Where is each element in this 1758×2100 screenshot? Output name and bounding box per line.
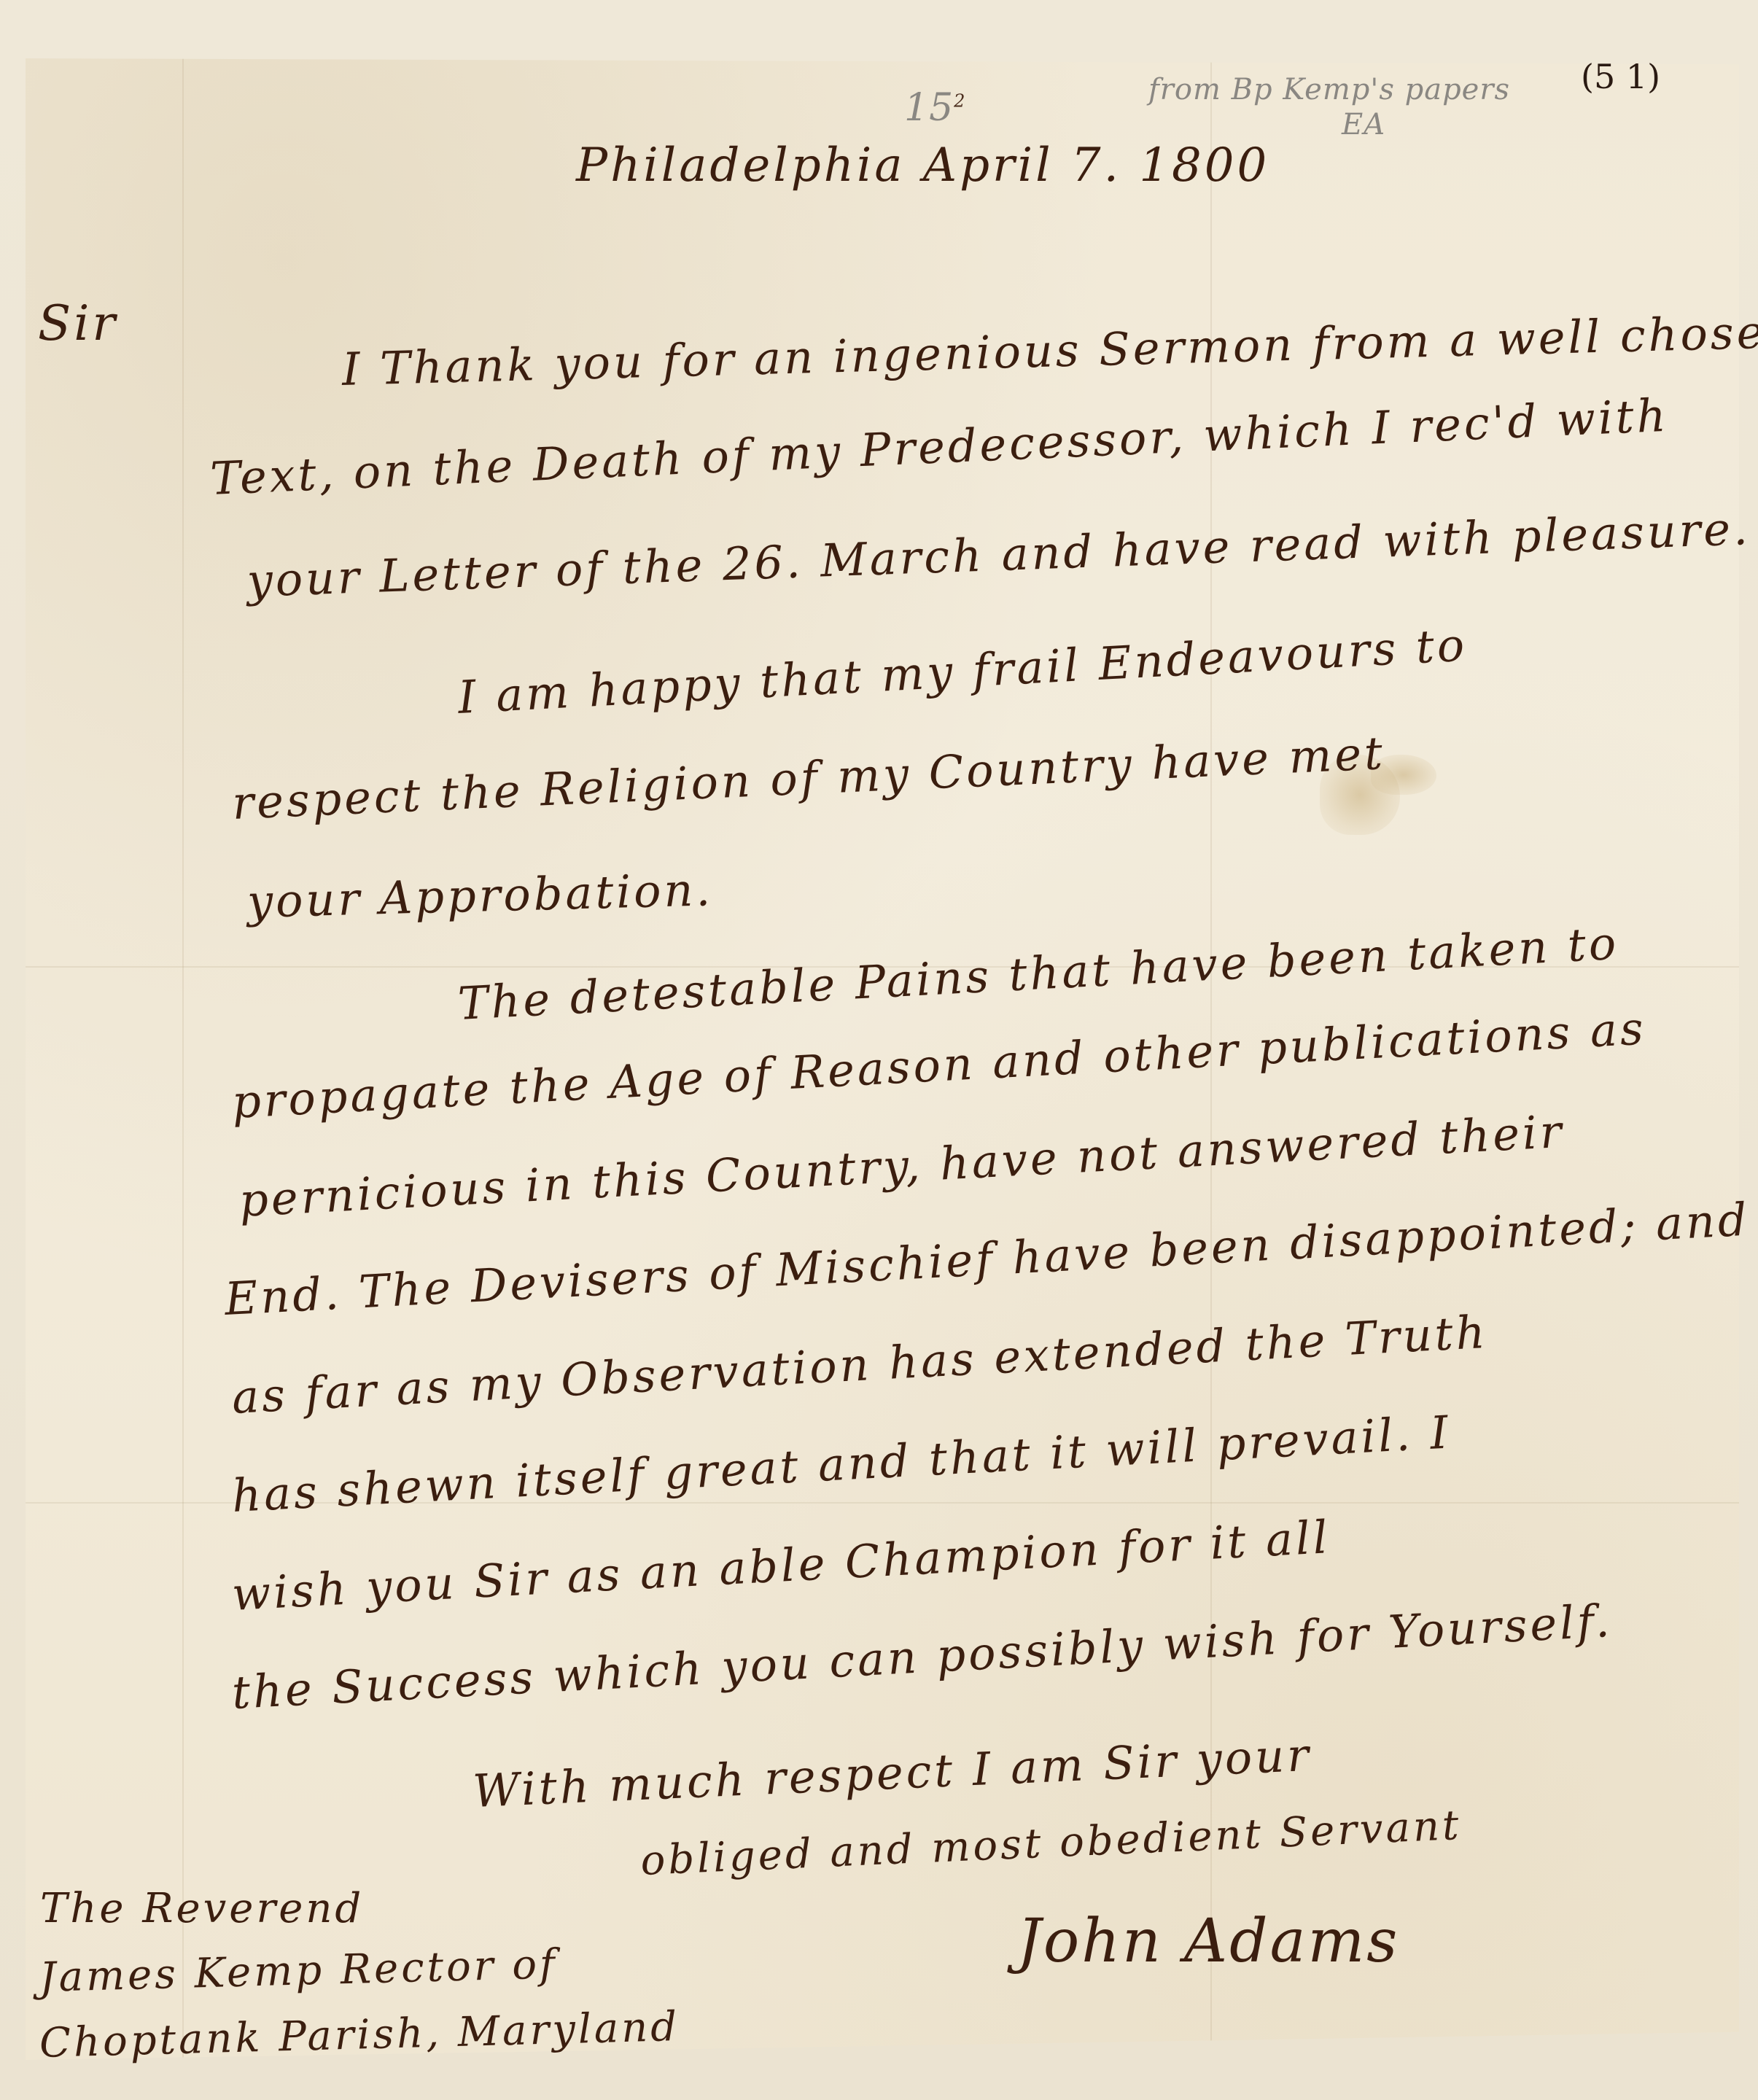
ink-folio-number: (5 1)	[1581, 57, 1660, 96]
signature: John Adams	[1017, 1907, 1399, 1976]
pencil-number-text: 15	[904, 86, 954, 130]
provenance-note: from Bp Kemp's papers	[1148, 73, 1510, 106]
place-date-heading: Philadelphia April 7. 1800	[576, 139, 1269, 192]
salutation: Sir	[38, 295, 118, 351]
pencil-superscript: 2	[954, 91, 965, 112]
paper-fold-line	[182, 58, 184, 2060]
addressee-line: The Reverend	[40, 1885, 364, 1932]
pencil-number: 152	[904, 86, 965, 130]
provenance-initials: EA	[1342, 108, 1385, 141]
